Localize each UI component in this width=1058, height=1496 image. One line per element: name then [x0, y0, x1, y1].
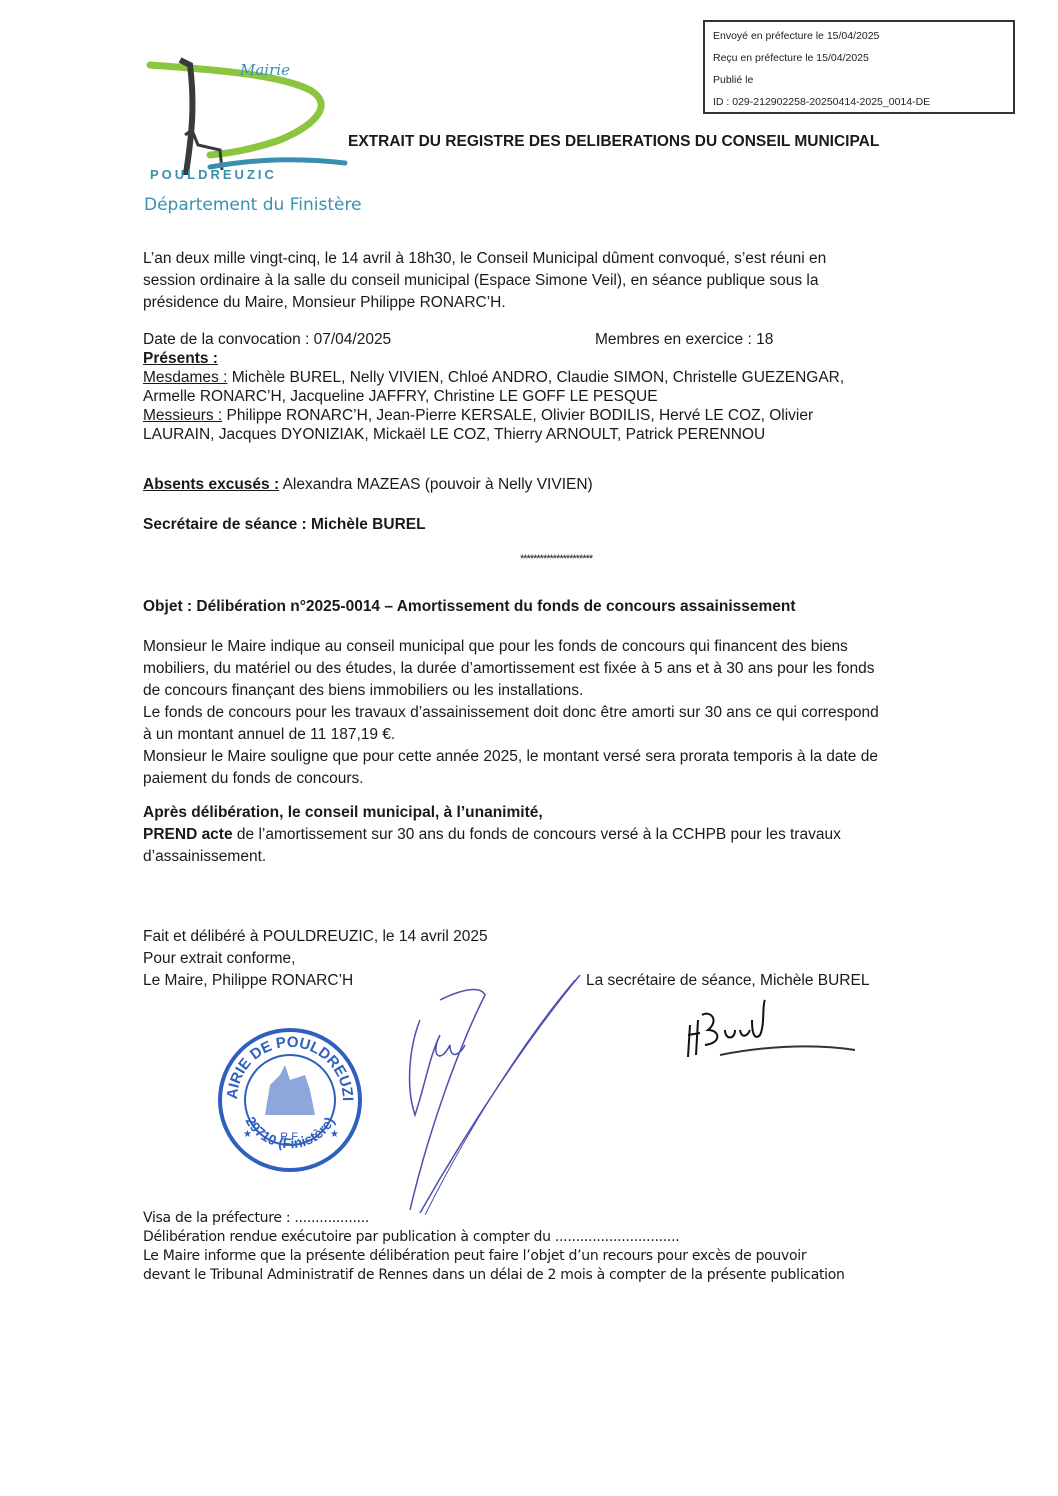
separator: ********************** [520, 553, 592, 565]
published-date: Publié le [713, 69, 1005, 91]
svg-text:★: ★ [243, 1129, 252, 1140]
session-secretary: Secrétaire de séance : Michèle BUREL [143, 514, 991, 536]
body-line: de concours finançant des biens immobili… [143, 680, 991, 702]
body-line: paiement du fonds de concours. [143, 768, 991, 790]
body-line: à un montant annuel de 11 187,19 €. [143, 724, 991, 746]
members-count: Membres en exercice : 18 [595, 330, 773, 349]
decision-section: Après délibération, le conseil municipal… [143, 802, 991, 868]
mesdames-list-cont: Armelle RONARC’H, Jacqueline JAFFRY, Chr… [143, 387, 991, 406]
body-line: Le fonds de concours pour les travaux d’… [143, 702, 991, 724]
document-title: EXTRAIT DU REGISTRE DES DELIBERATIONS DU… [348, 133, 879, 151]
extract-conform: Pour extrait conforme, [143, 948, 991, 970]
deliberation-object: Objet : Délibération n°2025-0014 – Amort… [143, 596, 991, 618]
received-date: Reçu en préfecture le 15/04/2025 [713, 47, 1005, 69]
body-line: Monsieur le Maire souligne que pour cett… [143, 746, 991, 768]
body-line: mobiliers, du matériel ou des études, la… [143, 658, 991, 680]
body-line: Monsieur le Maire indique au conseil mun… [143, 636, 991, 658]
prefecture-stamp-box: Envoyé en préfecture le 15/04/2025 Reçu … [703, 20, 1015, 114]
mesdames-label: Mesdames : [143, 369, 227, 386]
executory-notice: Délibération rendue exécutoire par publi… [143, 1228, 845, 1247]
messieurs-list: Philippe RONARC’H, Jean-Pierre KERSALE, … [222, 407, 813, 424]
place-date: Fait et délibéré à POULDREUZIC, le 14 av… [143, 926, 991, 948]
absent-line: Absents excusés : Alexandra MAZEAS (pouv… [143, 474, 991, 496]
recourse-notice-cont: devant le Tribunal Administratif de Renn… [143, 1266, 845, 1285]
municipality-logo: Mairie POULDREUZIC Département du Finist… [140, 45, 380, 220]
messieurs-list-cont: LAURAIN, Jacques DYONIZIAK, Mickaël LE C… [143, 425, 991, 444]
absent-value: Alexandra MAZEAS (pouvoir à Nelly VIVIEN… [279, 476, 593, 493]
legal-footer: Visa de la préfecture : ................… [143, 1209, 845, 1285]
absent-label: Absents excusés : [143, 476, 279, 493]
sent-date: Envoyé en préfecture le 15/04/2025 [713, 25, 1005, 47]
attendance-section: Date de la convocation : 07/04/2025 Memb… [143, 330, 991, 444]
intro-paragraph: L’an deux mille vingt-cinq, le 14 avril … [143, 248, 991, 314]
secretary-name: La secrétaire de séance, Michèle BUREL [586, 970, 869, 992]
prefecture-visa: Visa de la préfecture : ................… [143, 1209, 845, 1228]
decision-text-cont: d’assainissement. [143, 846, 991, 868]
mayor-signature-icon [370, 975, 610, 1215]
recourse-notice: Le Maire informe que la présente délibér… [143, 1247, 845, 1266]
seal-center-text: R.F. [280, 1131, 300, 1143]
convocation-date: Date de la convocation : 07/04/2025 [143, 331, 391, 348]
intro-line: session ordinaire à la salle du conseil … [143, 270, 991, 292]
mayor-name: Le Maire, Philippe RONARC’H [143, 972, 353, 989]
logo-department: Département du Finistère [144, 195, 362, 215]
document-id: ID : 029-212902258-20250414-2025_0014-DE [713, 91, 1005, 113]
decision-heading: Après délibération, le conseil municipal… [143, 802, 991, 824]
deliberation-body: Monsieur le Maire indique au conseil mun… [143, 636, 991, 790]
decision-verb: PREND acte [143, 826, 233, 843]
decision-text: de l’amortissement sur 30 ans du fonds d… [233, 826, 841, 843]
logo-town-name: POULDREUZIC [150, 167, 277, 182]
logo-mairie-text: Mairie [240, 61, 290, 79]
present-heading: Présents : [143, 350, 218, 367]
intro-line: L’an deux mille vingt-cinq, le 14 avril … [143, 248, 991, 270]
svg-text:★: ★ [330, 1129, 339, 1140]
mesdames-list: Michèle BUREL, Nelly VIVIEN, Chloé ANDRO… [227, 369, 844, 386]
intro-line: présidence du Maire, Monsieur Philippe R… [143, 292, 991, 314]
messieurs-label: Messieurs : [143, 407, 222, 424]
seal-icon: MAIRIE DE POULDREUZIC 29710 (Finistère) … [215, 1025, 365, 1175]
official-seal: MAIRIE DE POULDREUZIC 29710 (Finistère) … [215, 1025, 365, 1175]
secretary-signature-icon [680, 995, 880, 1065]
